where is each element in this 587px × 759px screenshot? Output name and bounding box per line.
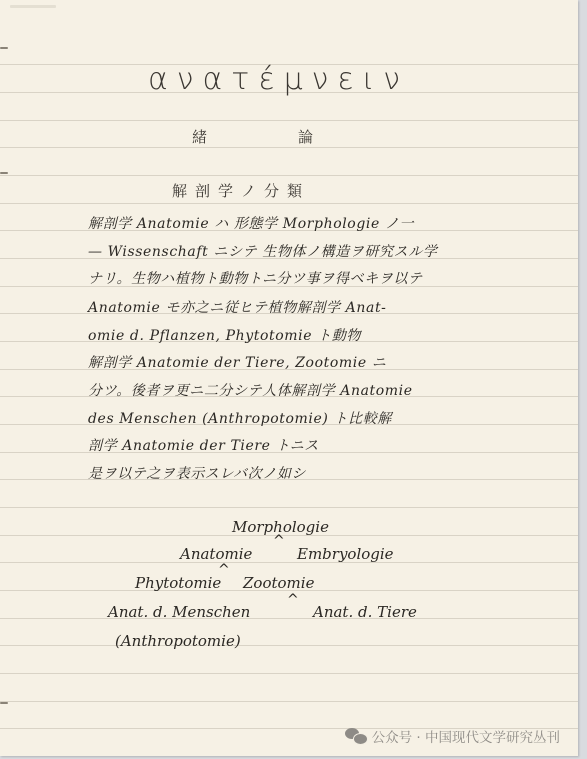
tree-note-anthropotomie: (Anthropotomie) <box>115 632 241 650</box>
ruled-line <box>0 562 578 563</box>
ruled-line <box>0 120 578 121</box>
manuscript-page: ανατέμνειν 緒 論 解剖学ノ分類 解剖学 Anatomie ハ 形態学… <box>0 0 578 756</box>
watermark-text: 公众号 · 中国现代文学研究丛刊 <box>372 726 560 746</box>
archive-stamp <box>10 5 56 8</box>
ruled-line <box>0 203 578 204</box>
ruled-line <box>0 645 578 646</box>
watermark: 公众号 · 中国现代文学研究丛刊 <box>345 726 560 746</box>
tree-node-anatomie: Anatomie <box>180 545 252 563</box>
tree-node-phytotomie: Phytotomie <box>135 574 221 592</box>
wechat-icon <box>345 728 367 744</box>
body-line: Anatomie モ亦之ニ従ヒテ植物解剖学 Anat- <box>88 297 387 317</box>
ruled-line <box>0 618 578 619</box>
body-line: omie d. Pflanzen, Phytotomie ト動物 <box>88 325 361 345</box>
margin-mark <box>0 702 8 704</box>
ruled-line <box>0 507 578 508</box>
body-line: — Wissenschaft ニシテ 生物体ノ構造ヲ研究スル学 <box>88 241 437 261</box>
ruled-line <box>0 673 578 674</box>
branch-caret: ^ <box>287 592 299 608</box>
tree-node-anat-menschen: Anat. d. Menschen <box>108 603 250 621</box>
branch-caret: ^ <box>273 533 285 549</box>
body-line: des Menschen (Anthropotomie) ト比較解 <box>88 408 392 428</box>
tree-node-embryologie: Embryologie <box>297 545 394 563</box>
body-line: 分ツ。後者ヲ更ニ二分シテ人体解剖学 Anatomie <box>88 380 413 400</box>
manuscript-title: ανατέμνειν <box>148 62 409 97</box>
margin-mark <box>0 172 8 174</box>
body-line: 解剖学 Anatomie ハ 形態学 Morphologie ノ一 <box>88 213 414 233</box>
body-line: ナリ。生物ハ植物ト動物トニ分ツ事ヲ得ベキヲ以テ <box>88 268 423 288</box>
body-line: 解剖学 Anatomie der Tiere, Zootomie ニ <box>88 352 386 372</box>
section-heading: 緒 論 <box>192 126 351 147</box>
ruled-line <box>0 147 578 148</box>
ruled-line <box>0 175 578 176</box>
margin-mark <box>0 47 8 49</box>
body-line: 剖学 Anatomie der Tiere トニス <box>88 435 319 455</box>
section-subheading: 解剖学ノ分類 <box>172 180 310 201</box>
ruled-line <box>0 701 578 702</box>
tree-node-anat-tiere: Anat. d. Tiere <box>313 603 417 621</box>
tree-node-zootomie: Zootomie <box>243 574 314 592</box>
body-line: 是ヲ以テ之ヲ表示スレバ次ノ如シ <box>88 463 306 483</box>
